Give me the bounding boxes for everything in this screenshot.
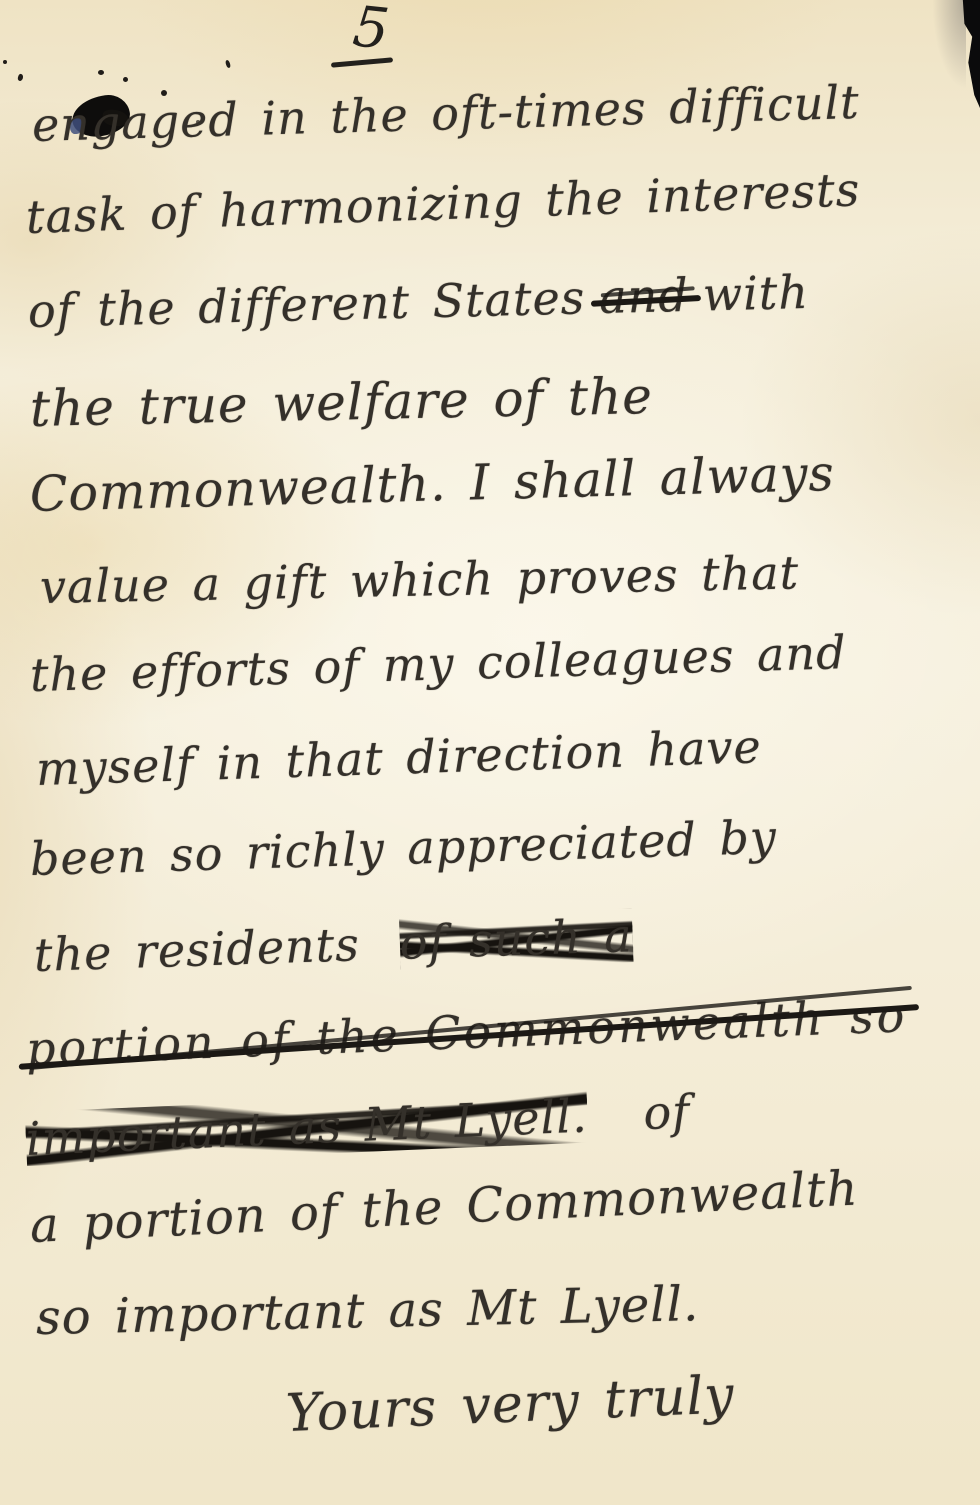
crossed-out-text: of such a [399, 908, 634, 970]
line-text: of [642, 1084, 691, 1140]
corner-shadow [932, 0, 966, 90]
line-text: the residents [33, 917, 360, 982]
page-number: 5 [333, 0, 409, 64]
crossed-out-text: and [599, 268, 690, 324]
ink-speck [98, 70, 104, 75]
ink-speck [123, 77, 128, 82]
line-text: with [702, 265, 809, 322]
ink-speck [3, 60, 7, 64]
scanned-letter-page: { "document": { "kind": "handwritten let… [0, 0, 980, 1505]
